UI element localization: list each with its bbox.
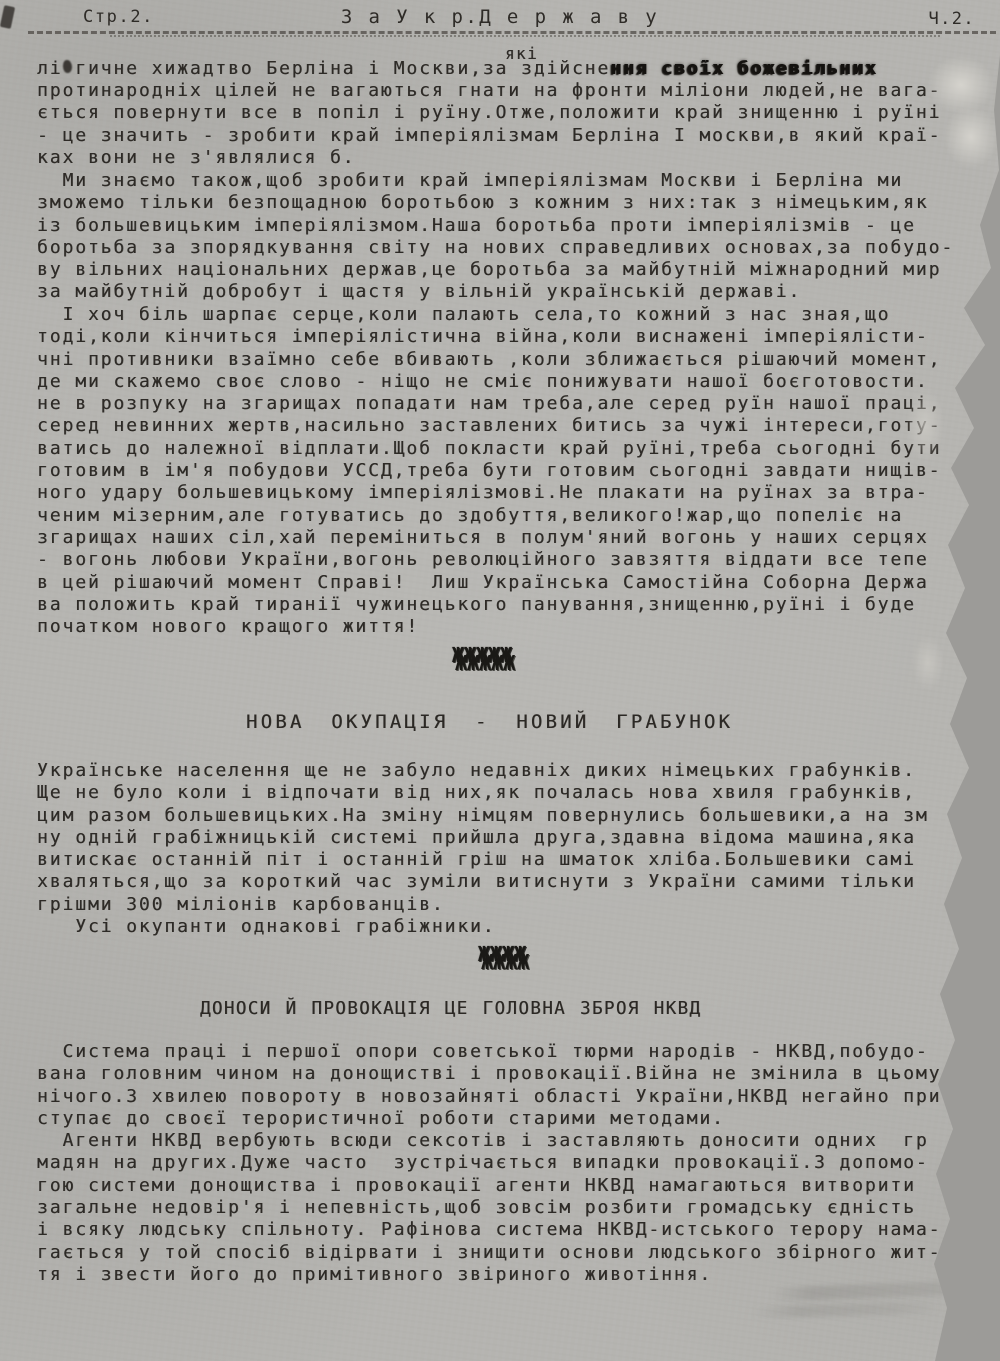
paragraph-4: Українське населення ще не забуло недавн… xyxy=(37,760,929,938)
section-heading-nkvd: ДОНОСИ Й ПРОВОКАЦІЯ ЦЕ ГОЛОВНА ЗБРОЯ НКВ… xyxy=(200,999,701,1019)
paragraph-1-continuation: протинародніх цілей не вагаються гнати н… xyxy=(37,80,941,169)
paper-damage-patch xyxy=(944,106,998,168)
interline-insertion-text: які xyxy=(505,43,538,65)
paragraph-3: І хоч біль шарпає серце,коли палають сел… xyxy=(37,304,941,638)
section-separator-2: ЖЖЖЖ xyxy=(478,944,526,964)
masthead-title: З а У к р.Д е р ж а в у xyxy=(0,6,1000,28)
ink-speck xyxy=(63,60,72,73)
document-page: Стр.2. З а У к р.Д е р ж а в у Ч.2. лі г… xyxy=(0,0,1000,1361)
paper-damage-patch xyxy=(912,636,944,690)
section-separator-1: ЖЖЖЖЖ xyxy=(452,645,512,665)
header-rule-secondary xyxy=(110,35,940,37)
paragraph-2: Ми знаємо також,щоб зробити край імперія… xyxy=(37,170,954,304)
paragraph-1-first-line: лі гичне хижадтво Берліна і Москви,за зд… xyxy=(37,58,878,80)
section-heading-new-occupation: НОВА ОКУПАЦІЯ - НОВИЙ ГРАБУНОК xyxy=(246,711,733,733)
scanned-newspaper-page: { "page": { "paper_color": "#b5b4b0", "b… xyxy=(0,0,1000,1361)
header-rule xyxy=(28,31,996,34)
paragraph-1-overstruck-text: ння своїх божевільних xyxy=(610,58,877,79)
paragraph-5: Система праці і першої опори советської … xyxy=(37,1041,954,1286)
issue-number-label: Ч.2. xyxy=(928,9,975,29)
faint-pencil-marks xyxy=(752,1302,942,1319)
